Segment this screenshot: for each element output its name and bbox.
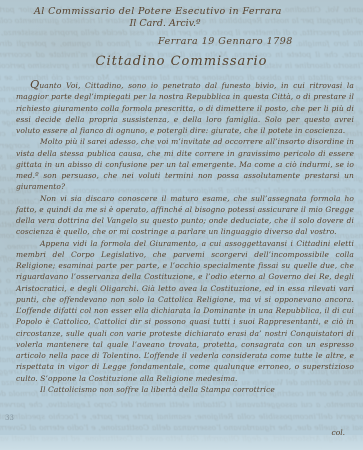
manuscript-letter-page: Quanto Voi, Cittadino, sono io penetrato… <box>0 0 363 450</box>
address-line-sender: Il Card. Arciv.º <box>34 18 296 30</box>
body-paragraph: Quanto Voi, Cittadino, sono io penetrato… <box>16 79 354 136</box>
letter-body: Quanto Voi, Cittadino, sono io penetrato… <box>16 79 354 395</box>
body-paragraph: Non vi sia discaro conoscere il maturo e… <box>16 193 354 238</box>
body-paragraph: Il Cattolicismo non soffre la libertà de… <box>16 384 354 395</box>
margin-mark: 33 <box>5 414 14 422</box>
address-block: Al Commissario del Potere Esecutivo in F… <box>34 6 296 30</box>
body-paragraph: Appena vidi la formola del Giuramento, a… <box>16 238 354 384</box>
page-bottom-edge <box>0 435 363 450</box>
salutation: Cittadino Commissario <box>0 54 363 69</box>
dateline: Ferrara 19 Gennaro 1798 <box>158 36 293 47</box>
address-line-recipient: Al Commissario del Potere Esecutivo in F… <box>34 6 296 18</box>
catchword: col. <box>332 428 346 437</box>
body-paragraph: Molto più il sarei adesso, che voi m’inv… <box>16 136 354 192</box>
